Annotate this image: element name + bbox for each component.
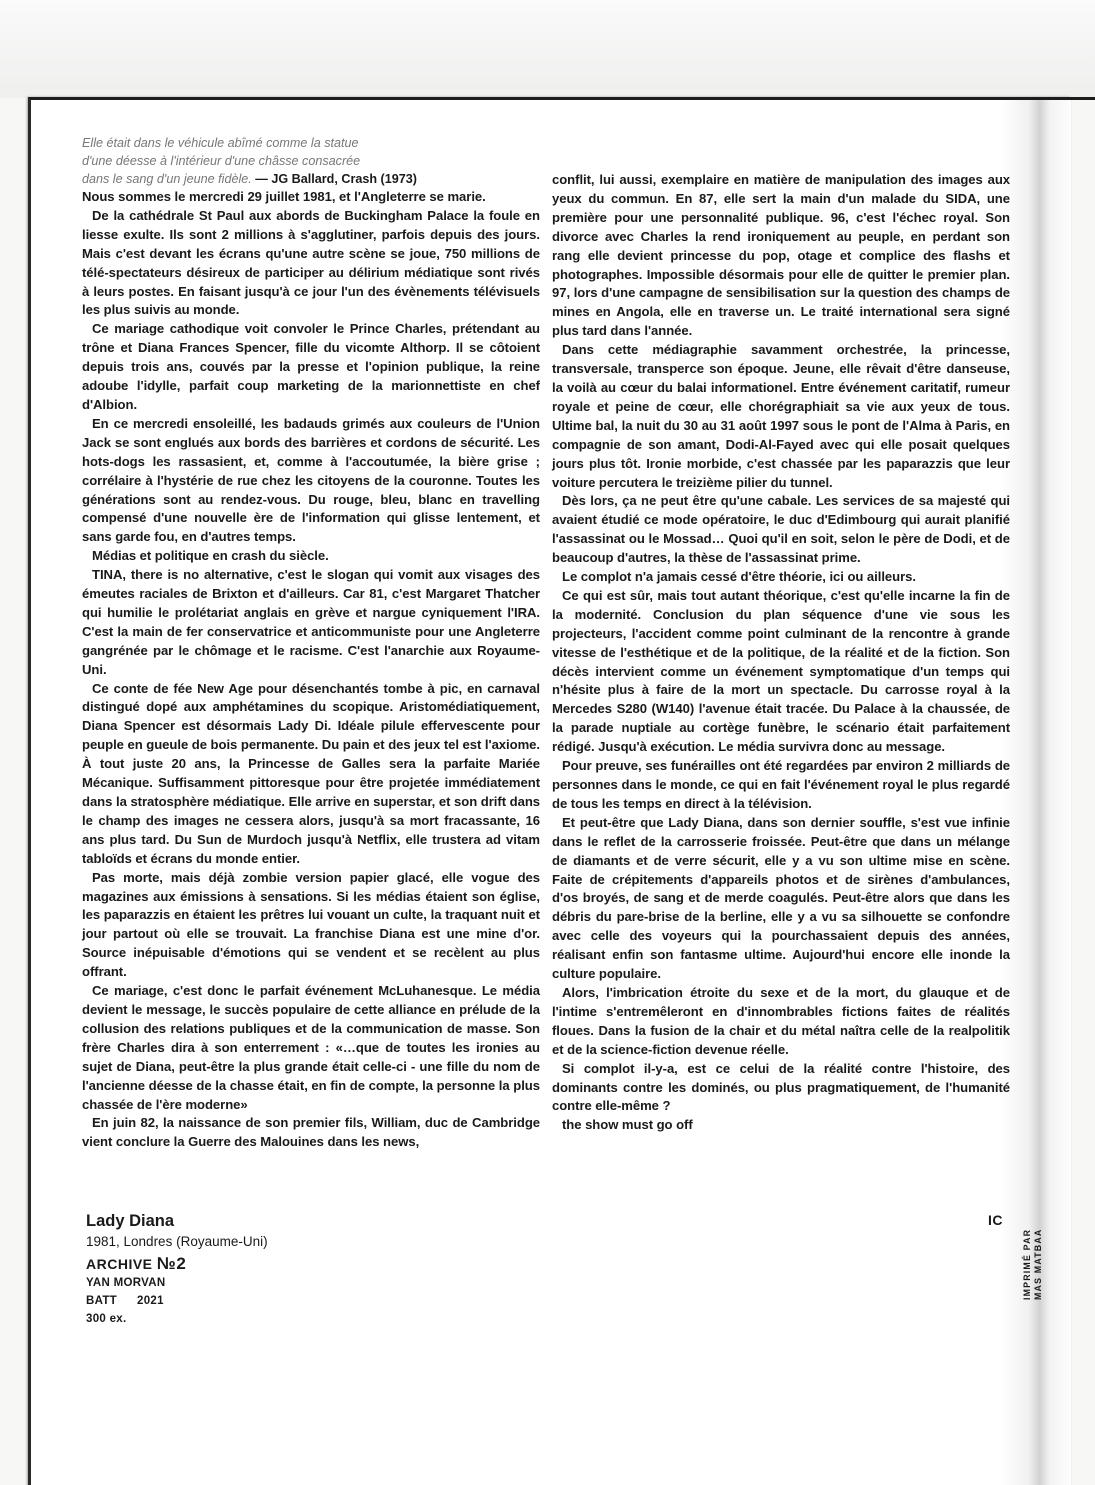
paragraph: De la cathédrale St Paul aux abords de B… <box>82 207 540 320</box>
paragraph: Dans cette médiagraphie savamment orches… <box>552 341 1010 492</box>
paragraph: Pas morte, mais déjà zombie version papi… <box>82 869 540 982</box>
publisher-name: BATT <box>86 1295 117 1307</box>
paragraph: Ce conte de fée New Age pour désenchanté… <box>82 680 540 869</box>
epigraph-line: d'une déesse à l'intérieur d'une châsse … <box>82 152 502 170</box>
archive-label: ARCHIVE №2 <box>86 1254 406 1274</box>
scanner-background <box>0 0 1095 98</box>
archive-number: №2 <box>157 1254 186 1273</box>
paragraph: Ce qui est sûr, mais tout autant théoriq… <box>552 587 1010 757</box>
page-edge-right <box>1068 97 1095 108</box>
author-name: YAN MORVAN <box>86 1274 406 1292</box>
printer-credit: IMPRIMÉ PAR MAS MATBAA <box>1022 1210 1056 1300</box>
paragraph: Et peut-être que Lady Diana, dans son de… <box>552 814 1010 984</box>
paragraph: Ce mariage, c'est donc le parfait événem… <box>82 982 540 1114</box>
publisher-line: BATT2021 <box>86 1292 406 1310</box>
colophon: Lady Diana 1981, Londres (Royaume-Uni) A… <box>86 1210 406 1328</box>
paragraph: Pour preuve, ses funérailles ont été reg… <box>552 757 1010 814</box>
paragraph: Ce mariage cathodique voit convoler le P… <box>82 320 540 415</box>
epigraph-attribution: — JG Ballard, Crash (1973) <box>255 172 417 186</box>
edition-count: 300 ex. <box>86 1310 406 1328</box>
paragraph: Le complot n'a jamais cessé d'être théor… <box>552 568 1010 587</box>
epigraph-quote: Elle était dans le véhicule abîmé comme … <box>82 134 502 188</box>
paragraph: TINA, there is no alternative, c'est le … <box>82 566 540 679</box>
article-column-right: conflit, lui aussi, exemplaire en matièr… <box>552 171 1010 1135</box>
paragraph: Dès lors, ça ne peut être qu'une cabale.… <box>552 492 1010 568</box>
ic-logo: IC <box>988 1212 1003 1228</box>
paragraph: Alors, l'imbrication étroite du sexe et … <box>552 984 1010 1060</box>
article-column-left: Nous sommes le mercredi 29 juillet 1981,… <box>82 188 540 1152</box>
paragraph: En ce mercredi ensoleillé, les badauds g… <box>82 415 540 547</box>
paragraph: Si complot il-y-a, est ce celui de la ré… <box>552 1060 1010 1117</box>
colophon-place: 1981, Londres (Royaume-Uni) <box>86 1232 406 1252</box>
paragraph: En juin 82, la naissance de son premier … <box>82 1114 540 1152</box>
paragraph: the show must go off <box>552 1116 1010 1135</box>
epigraph-line: Elle était dans le véhicule abîmé comme … <box>82 134 502 152</box>
printer-line: IMPRIMÉ PAR <box>1022 1210 1033 1300</box>
paragraph: conflit, lui aussi, exemplaire en matièr… <box>552 171 1010 341</box>
epigraph-line: dans le sang d'un jeune fidèle. — JG Bal… <box>82 170 502 188</box>
paragraph: Nous sommes le mercredi 29 juillet 1981,… <box>82 188 540 207</box>
paragraph: Médias et politique en crash du siècle. <box>82 547 540 566</box>
publication-year: 2021 <box>137 1292 164 1310</box>
printer-line: MAS MATBAA <box>1033 1210 1044 1300</box>
colophon-title: Lady Diana <box>86 1210 406 1232</box>
